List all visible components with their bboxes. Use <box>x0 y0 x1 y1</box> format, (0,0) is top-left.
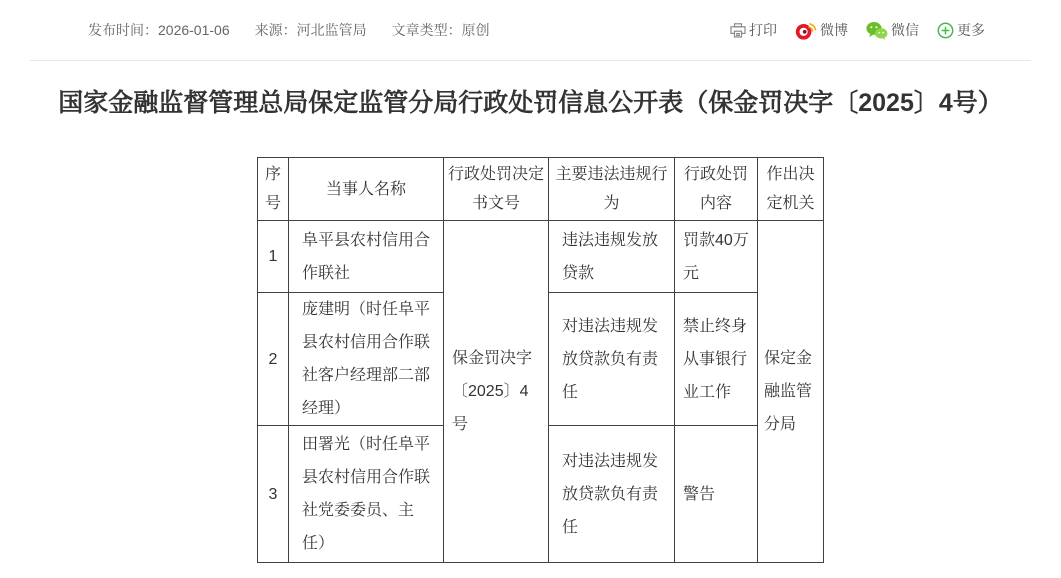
article-type-label: 文章类型： <box>392 20 462 40</box>
table-header-row: 序号 当事人名称 行政处罚决定书文号 主要违法违规行为 行政处罚内容 作出决定机… <box>258 158 824 221</box>
printer-icon <box>730 23 746 38</box>
print-label: 打印 <box>749 20 777 40</box>
circle-plus-icon <box>937 22 954 39</box>
wechat-icon <box>866 21 888 40</box>
article-source-label: 来源： <box>255 20 297 40</box>
row3-party-name: 田署光（时任阜平县农村信用合作联社党委委员、主任） <box>289 426 444 563</box>
row3-penalty: 警告 <box>675 426 758 563</box>
penalty-table: 序号 当事人名称 行政处罚决定书文号 主要违法违规行为 行政处罚内容 作出决定机… <box>257 157 824 563</box>
article-meta: 发布时间：2026-01-06 来源：河北监管局 文章类型：原创 <box>88 20 490 40</box>
row1-penalty: 罚款40万元 <box>675 221 758 293</box>
article-source-value: 河北监管局 <box>297 20 367 40</box>
article-source: 来源：河北监管局 <box>255 20 367 40</box>
deciding-authority-cell: 保定金融监管分局 <box>758 221 824 563</box>
header-main-violation: 主要违法违规行为 <box>549 158 675 221</box>
header-decision-doc-no: 行政处罚决定书文号 <box>444 158 549 221</box>
row1-violation: 违法违规发放贷款 <box>549 221 675 293</box>
row2-violation: 对违法违规发放贷款负有责任 <box>549 293 675 426</box>
weibo-label: 微博 <box>820 20 848 40</box>
publish-date: 发布时间：2026-01-06 <box>88 20 230 40</box>
article-meta-bar: 发布时间：2026-01-06 来源：河北监管局 文章类型：原创 <box>30 0 1031 61</box>
share-wechat-button[interactable]: 微信 <box>866 20 919 40</box>
publish-date-value: 2026-01-06 <box>158 22 230 38</box>
article-page: 发布时间：2026-01-06 来源：河北监管局 文章类型：原创 <box>30 0 1031 563</box>
row3-violation: 对违法违规发放贷款负有责任 <box>549 426 675 563</box>
decision-doc-number-cell: 保金罚决字〔2025〕4号 <box>444 221 549 563</box>
row2-party-name: 庞建明（时任阜平县农村信用合作联社客户经理部二部经理） <box>289 293 444 426</box>
header-seq-no: 序号 <box>258 158 289 221</box>
row2-penalty: 禁止终身从事银行业工作 <box>675 293 758 426</box>
publish-date-label: 发布时间： <box>88 20 158 40</box>
header-deciding-authority: 作出决定机关 <box>758 158 824 221</box>
header-penalty-content: 行政处罚内容 <box>675 158 758 221</box>
share-toolbar: 打印 微博 <box>712 20 985 40</box>
more-label: 更多 <box>957 20 985 40</box>
row1-party-name: 阜平县农村信用合作联社 <box>289 221 444 293</box>
header-party-name: 当事人名称 <box>289 158 444 221</box>
table-row-1: 1 阜平县农村信用合作联社 保金罚决字〔2025〕4号 违法违规发放贷款 罚款4… <box>258 221 824 293</box>
more-share-button[interactable]: 更多 <box>937 20 985 40</box>
row3-seq-no: 3 <box>258 426 289 563</box>
weibo-icon <box>795 21 817 40</box>
print-button[interactable]: 打印 <box>730 20 777 40</box>
share-weibo-button[interactable]: 微博 <box>795 20 848 40</box>
article-type: 文章类型：原创 <box>392 20 490 40</box>
page-title: 国家金融监督管理总局保定监管分局行政处罚信息公开表（保金罚决字〔2025〕4号） <box>30 86 1031 120</box>
wechat-label: 微信 <box>891 20 919 40</box>
row2-seq-no: 2 <box>258 293 289 426</box>
article-type-value: 原创 <box>462 20 490 40</box>
row1-seq-no: 1 <box>258 221 289 293</box>
